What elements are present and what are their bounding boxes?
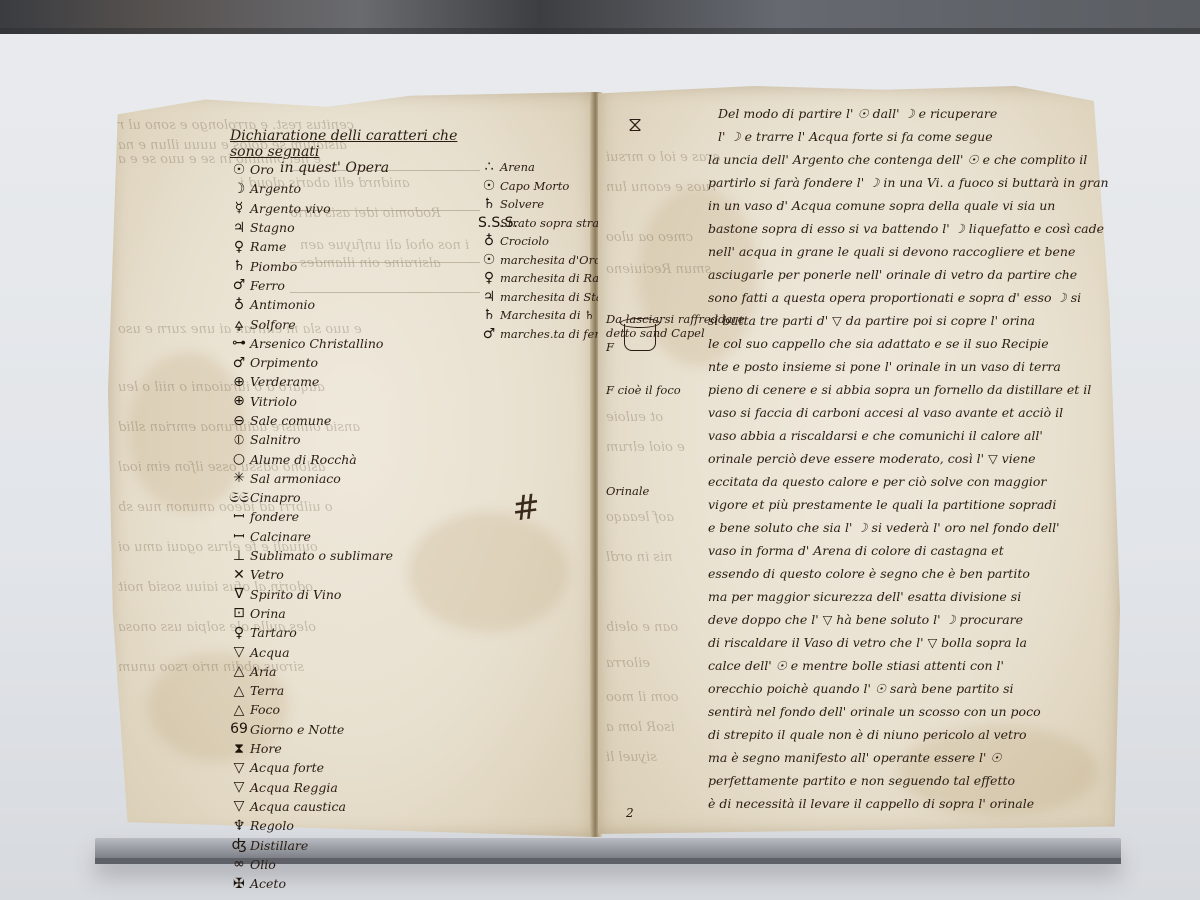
oil-icon: ∞ xyxy=(228,856,250,872)
legend-label: Vetro xyxy=(250,567,284,582)
text-line: nte e posto insieme si pone l' orinale i… xyxy=(708,355,1108,378)
text-line: l' ☽ e trarre l' Acqua forte si fa come … xyxy=(708,125,1108,148)
recipe-text: Del modo di partire l' ☉ dall' ☽ e ricup… xyxy=(708,102,1108,815)
legend-row: ∞Olio xyxy=(228,855,393,874)
hour-icon: ⧗ xyxy=(228,741,250,757)
text-line: vigore et più prestamente le quali la pa… xyxy=(708,493,1108,516)
legend-row: ⧗Hore xyxy=(228,739,393,758)
legend-row: ⊡Orina xyxy=(228,604,393,623)
text-line: vaso in forma d' Arena di colore di cast… xyxy=(708,539,1108,562)
jupiter-tin-icon: ♃ xyxy=(228,220,250,236)
legend-label: Capo Morto xyxy=(500,179,569,193)
marcasite-gold-icon: ☉ xyxy=(478,252,500,268)
sun-gold-icon: ☉ xyxy=(228,162,250,178)
text-line: ma per maggior sicurezza dell' esatta di… xyxy=(708,585,1108,608)
legend-row: ☉Oro xyxy=(228,160,393,179)
marcasite-tin-icon: ♃ xyxy=(478,289,500,305)
sand-icon: ∴ xyxy=(478,159,500,175)
legend-row: ▽Acqua Reggia xyxy=(228,778,393,797)
legend-label: Aceto xyxy=(250,876,286,891)
text-line: calce dell' ☉ e mentre bolle stiasi atte… xyxy=(708,654,1108,677)
legend-label: Olio xyxy=(250,857,276,872)
legend-row: △Terra xyxy=(228,681,393,700)
legend-row: ♁Antimonio xyxy=(228,295,393,314)
legend-row: 69Giorno e Notte xyxy=(228,720,393,739)
alum-icon: ○ xyxy=(228,451,250,467)
cinnabar-icon: 𝔖𝔖 xyxy=(228,490,250,506)
legend-label: Cinapro xyxy=(250,490,301,505)
legend-label: fondere xyxy=(250,509,299,524)
legend-label: Calcinare xyxy=(250,529,311,544)
legend-label: Sal armoniaco xyxy=(250,471,341,486)
legend-label: Arena xyxy=(500,160,535,174)
legend-row: ⊕Vitriolo xyxy=(228,392,393,411)
fire-icon: △ xyxy=(228,702,250,718)
legend-label: Acqua Reggia xyxy=(250,780,338,795)
caput-mortuum-icon: ☉ xyxy=(478,178,500,194)
margin-note: F xyxy=(606,340,614,354)
legend-label: Argento xyxy=(250,181,301,196)
moon-silver-icon: ☽ xyxy=(228,181,250,197)
legend-row: ʤDistillare xyxy=(228,835,393,854)
text-line: perfettamente partito e non seguendo tal… xyxy=(708,769,1108,792)
legend-label: Solfore xyxy=(250,317,296,332)
text-line: asciugarle per ponerle nell' orinale di … xyxy=(708,263,1108,286)
legend-label: Regolo xyxy=(250,818,294,833)
mercury-icon: ☿ xyxy=(228,200,250,216)
legend-row: ☽Argento xyxy=(228,179,393,198)
margin-note: Orinale xyxy=(606,484,649,498)
legend-label: Strato sopra strato xyxy=(500,216,611,230)
salmoniaco-icon: ✳ xyxy=(228,470,250,486)
text-line: si butta tre parti d' ▽ da partire poi s… xyxy=(708,309,1108,332)
text-line: eccitata da questo calore e per ciò solv… xyxy=(708,470,1108,493)
saturn-lead-icon: ♄ xyxy=(228,258,250,274)
aqua-regia-icon: ▽ xyxy=(228,779,250,795)
tartar-icon: ♀ xyxy=(228,625,250,641)
earth-icon: △ xyxy=(228,683,250,699)
text-line: bastone sopra di esso si va battendo l' … xyxy=(708,217,1108,240)
text-line: pieno di cenere e si abbia sopra un forn… xyxy=(708,378,1108,401)
margin-note: F cioè il foco xyxy=(606,383,681,397)
text-line: di strepito il quale non è di niuno peri… xyxy=(708,723,1108,746)
legend-row: ▽Acqua xyxy=(228,642,393,661)
legend-label: Oro xyxy=(250,162,274,177)
legend-row: ✠Aceto xyxy=(228,874,393,893)
legend-row: ♃Stagno xyxy=(228,218,393,237)
symbol-legend-column-1: ☉Oro☽Argento☿Argento vivo♃Stagno♀Rame♄Pi… xyxy=(228,160,393,893)
legend-row: △Aria xyxy=(228,662,393,681)
text-line: orinale perciò deve essere moderato, cos… xyxy=(708,447,1108,470)
regulus-icon: ♆ xyxy=(228,818,250,834)
legend-label: Rame xyxy=(250,239,286,254)
text-line: è di necessità il levare il cappello di … xyxy=(708,792,1108,815)
text-line: deve doppo che l' ▽ hà bene soluto l' ☽ … xyxy=(708,608,1108,631)
legend-label: Acqua xyxy=(250,645,290,660)
legend-row: ♂Orpimento xyxy=(228,353,393,372)
hourglass-symbol-icon: ⧖ xyxy=(628,112,642,136)
verdigris-icon: ⊕ xyxy=(228,374,250,390)
venus-copper-icon: ♀ xyxy=(228,239,250,255)
legend-label: Orpimento xyxy=(250,355,318,370)
legend-row: △Foco xyxy=(228,700,393,719)
legend-row: ⊶Arsenico Christallino xyxy=(228,334,393,353)
legend-row: ⊥Sublimato o sublimare xyxy=(228,546,393,565)
urine-icon: ⊡ xyxy=(228,605,250,621)
legend-label: Distillare xyxy=(250,838,308,853)
legend-row: ▽Acqua forte xyxy=(228,758,393,777)
legend-label: Hore xyxy=(250,741,282,756)
legend-label: Marchesita di ♄ xyxy=(500,308,595,322)
legend-row: ⦶Salnitro xyxy=(228,430,393,449)
legend-label: Foco xyxy=(250,702,280,717)
text-line: orecchio poichè quando l' ☉ sarà bene pa… xyxy=(708,677,1108,700)
legend-row: ♀Rame xyxy=(228,237,393,256)
legend-row: ♂Ferro xyxy=(228,276,393,295)
mars-iron-icon: ♂ xyxy=(228,277,250,293)
text-line: Del modo di partire l' ☉ dall' ☽ e ricup… xyxy=(708,102,1108,125)
text-line: ma è segno manifesto all' operante esser… xyxy=(708,746,1108,769)
background-photo-band xyxy=(0,0,1200,34)
legend-row: ꟷCalcinare xyxy=(228,527,393,546)
saltpeter-icon: ⦶ xyxy=(228,432,250,448)
text-line: essendo di questo colore è segno che è b… xyxy=(708,562,1108,585)
legend-row: ✕Vetro xyxy=(228,565,393,584)
legend-label: Sale comune xyxy=(250,413,331,428)
arsenic-icon: ⊶ xyxy=(228,335,250,351)
legend-label: Antimonio xyxy=(250,297,315,312)
legend-row: 𝔖𝔖Cinapro xyxy=(228,488,393,507)
text-line: le col suo cappello che sia adattato e s… xyxy=(708,332,1108,355)
legend-label: Solvere xyxy=(500,197,544,211)
legend-row: ○Alume di Rocchà xyxy=(228,449,393,468)
legend-label: Aria xyxy=(250,664,276,679)
legend-row: ♆Regolo xyxy=(228,816,393,835)
legend-label: Acqua caustica xyxy=(250,799,346,814)
legend-row: ⊖Sale comune xyxy=(228,411,393,430)
sublimate-icon: ⊥ xyxy=(228,548,250,564)
vitriol-icon: ⊕ xyxy=(228,393,250,409)
marcasite-iron-icon: ♂ xyxy=(478,326,500,342)
legend-label: Ferro xyxy=(250,278,285,293)
legend-label: Stagno xyxy=(250,220,295,235)
aqua-fortis-icon: ▽ xyxy=(228,760,250,776)
legend-row: ♀Tartaro xyxy=(228,623,393,642)
legend-row: 🜍Solfore xyxy=(228,314,393,333)
legend-label: Sublimato o sublimare xyxy=(250,548,393,563)
legend-label: Terra xyxy=(250,683,284,698)
legend-label: Tartaro xyxy=(250,625,297,640)
legend-label: Acqua forte xyxy=(250,760,324,775)
text-line: di riscaldare il Vaso di vetro che l' ▽ … xyxy=(708,631,1108,654)
legend-label: Salnitro xyxy=(250,432,301,447)
legend-label: Arsenico Christallino xyxy=(250,336,383,351)
orpiment-icon: ♂ xyxy=(228,355,250,371)
stratum-icon: S.S.S. xyxy=(478,215,500,231)
legend-row: ▽Acqua caustica xyxy=(228,797,393,816)
sulfur-icon: 🜍 xyxy=(228,310,250,339)
hash-mark-icon: # xyxy=(509,486,543,530)
crucible-diagram-icon xyxy=(624,324,656,351)
legend-row: ⊕Verderame xyxy=(228,372,393,391)
text-line: partirlo si farà fondere l' ☽ in una Vi.… xyxy=(708,171,1108,194)
legend-label: marchesita d'Oro xyxy=(500,253,601,267)
legend-row: ꟷfondere xyxy=(228,507,393,526)
marcasite-copper-icon: ♀ xyxy=(478,270,500,286)
page-number: 2 xyxy=(626,806,634,820)
legend-label: Vitriolo xyxy=(250,394,297,409)
legend-row: ♄Piombo xyxy=(228,256,393,275)
text-line: vaso abbia a riscaldarsi e che comunichi… xyxy=(708,424,1108,447)
marcasite-lead-icon: ♄ xyxy=(478,307,500,323)
day-night-icon: 69 xyxy=(228,721,250,737)
fondere-icon: ꟷ xyxy=(228,507,250,526)
calcinare-icon: ꟷ xyxy=(228,527,250,546)
legend-label: Argento vivo xyxy=(250,201,331,216)
vinegar-icon: ✠ xyxy=(228,876,250,892)
legend-row: ∇Spirito di Vino xyxy=(228,585,393,604)
distill-icon: ʤ xyxy=(228,837,250,853)
legend-label: Verderame xyxy=(250,374,319,389)
legend-label: Crociolo xyxy=(500,234,549,248)
glass-icon: ✕ xyxy=(228,567,250,583)
text-line: vaso si faccia di carboni accesi al vaso… xyxy=(708,401,1108,424)
sal-ammoniac-icon: ⊖ xyxy=(228,413,250,429)
text-line: la uncia dell' Argento che contenga dell… xyxy=(708,148,1108,171)
legend-heading-line1: Dichiaratione delli caratteri che sono s… xyxy=(230,128,490,160)
legend-label: Alume di Rocchà xyxy=(250,452,357,467)
legend-label: marches.ta di ferro xyxy=(500,327,612,341)
solvere-icon: ♄ xyxy=(478,196,500,212)
air-icon: △ xyxy=(228,663,250,679)
crucible-icon: ♁ xyxy=(478,233,500,249)
text-line: e bene soluto che sia l' ☽ si vederà l' … xyxy=(708,516,1108,539)
legend-label: Spirito di Vino xyxy=(250,587,341,602)
water-icon: ▽ xyxy=(228,644,250,660)
legend-label: Orina xyxy=(250,606,286,621)
caustic-water-icon: ▽ xyxy=(228,798,250,814)
legend-label: Giorno e Notte xyxy=(250,722,344,737)
spirit-of-wine-icon: ∇ xyxy=(228,586,250,602)
legend-label: Piombo xyxy=(250,259,297,274)
text-line: sentirà nel fondo dell' orinale un scoss… xyxy=(708,700,1108,723)
text-line: nell' acqua in grane le quali si devono … xyxy=(708,240,1108,263)
text-line: sono fatti a questa opera proportionati … xyxy=(708,286,1108,309)
legend-row: ☿Argento vivo xyxy=(228,199,393,218)
text-line: in un vaso d' Acqua comune sopra della q… xyxy=(708,194,1108,217)
legend-row: ✳Sal armoniaco xyxy=(228,469,393,488)
